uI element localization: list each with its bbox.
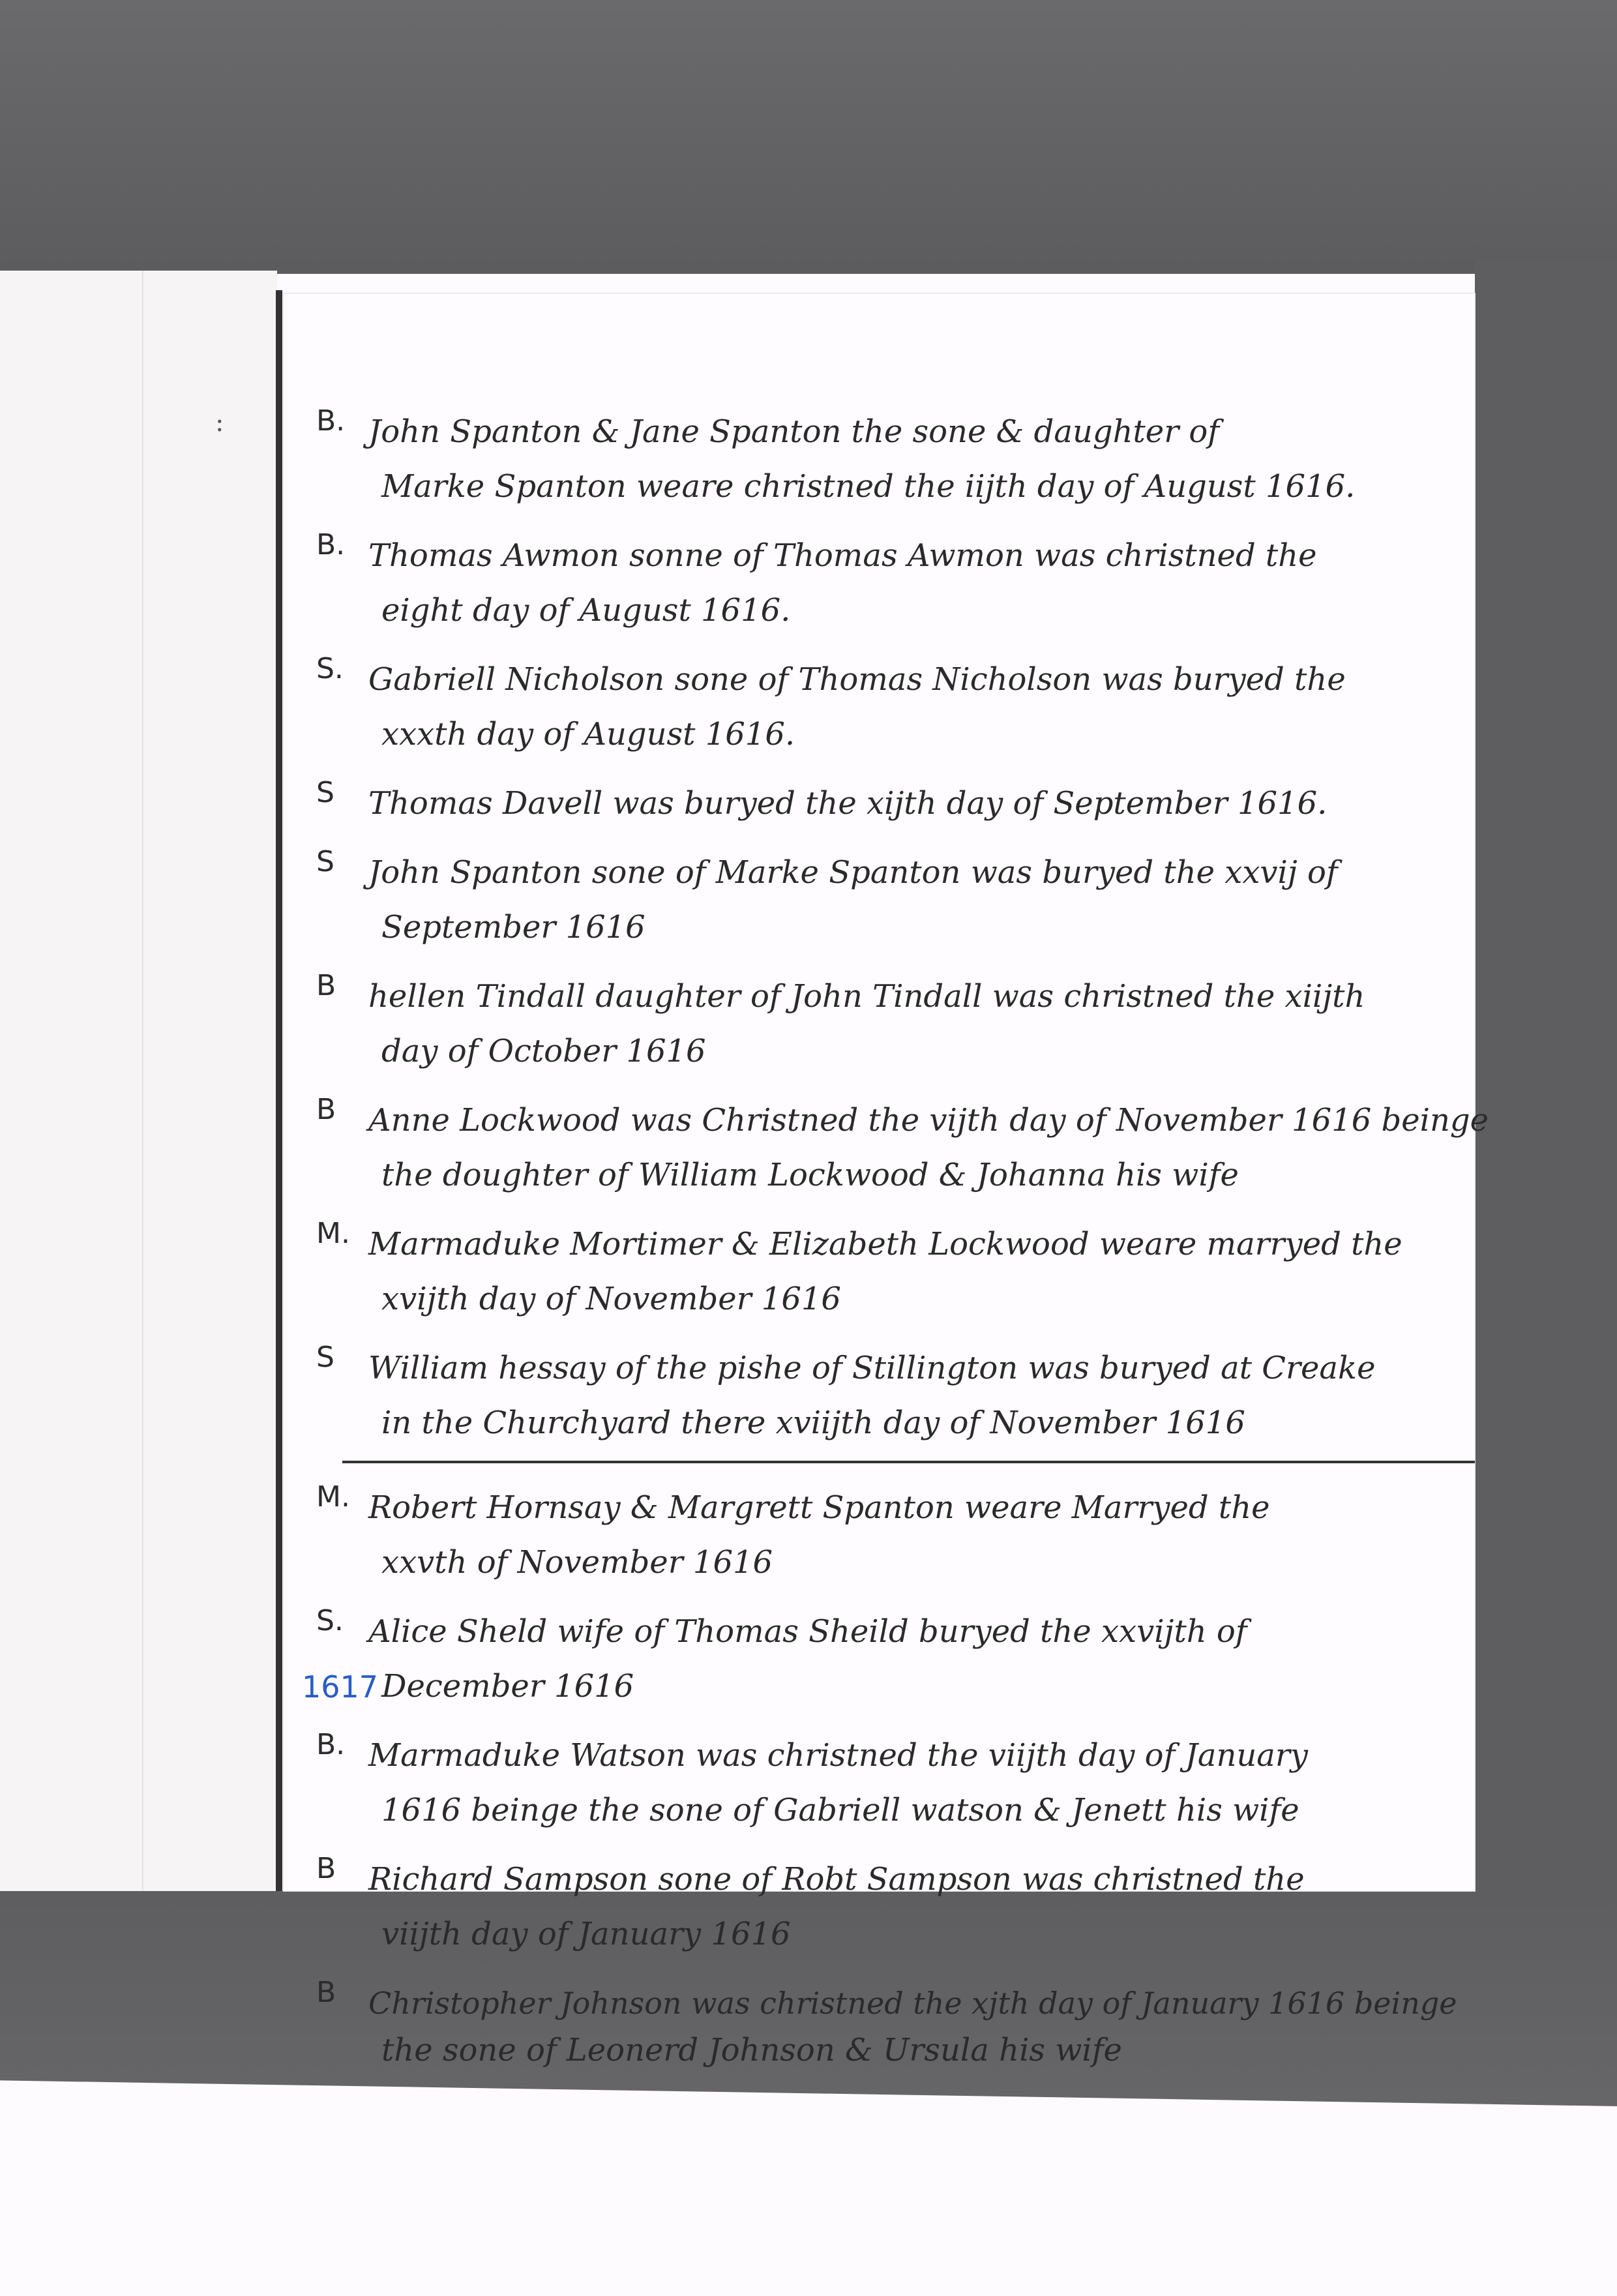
entry-type-code: M.	[316, 1480, 355, 1513]
register-entry: M. Marmaduke Mortimer & Elizabeth Lockwo…	[316, 1217, 1462, 1326]
register-entry: M. Robert Hornsay & Margrett Spanton wea…	[316, 1480, 1462, 1590]
scan-speck: :	[215, 408, 224, 438]
entry-line: Thomas Davell was buryed the xijth day o…	[316, 776, 1462, 831]
register-entry: S. Alice Sheld wife of Thomas Sheild bur…	[316, 1604, 1462, 1714]
entry-type-code: M.	[316, 1217, 355, 1250]
entry-line: in the Churchyard there xviijth day of N…	[316, 1395, 1462, 1450]
entry-line: Richard Sampson sone of Robt Sampson was…	[316, 1852, 1462, 1907]
register-entry: B Richard Sampson sone of Robt Sampson w…	[316, 1852, 1462, 1961]
ruled-line	[142, 271, 143, 1914]
entry-type-code: B	[316, 1852, 355, 1885]
register-entry: B. Thomas Awmon sonne of Thomas Awmon wa…	[316, 528, 1462, 638]
entry-line: xxxth day of August 1616.	[316, 707, 1462, 762]
entry-type-code: B.	[316, 528, 355, 561]
facing-page-edge: :	[0, 271, 277, 1914]
entry-type-code: S	[316, 845, 355, 878]
entry-line: xxvth of November 1616	[316, 1535, 1462, 1590]
register-entry: B Christopher Johnson was christned the …	[316, 1976, 1462, 2070]
entry-type-code: S	[316, 1341, 355, 1374]
entry-line: John Spanton & Jane Spanton the sone & d…	[316, 404, 1462, 459]
entry-line: eight day of August 1616.	[316, 583, 1462, 638]
register-entry: B hellen Tindall daughter of John Tindal…	[316, 969, 1462, 1079]
entry-line: Alice Sheld wife of Thomas Sheild buryed…	[316, 1604, 1462, 1659]
entry-line: William hessay of the pishe of Stillingt…	[316, 1341, 1462, 1395]
entry-type-code: S	[316, 776, 355, 809]
entry-line: December 1616	[316, 1659, 1462, 1714]
margin-year-annotation: 1617	[302, 1669, 378, 1705]
entry-line: the sone of Leonerd Johnson & Ursula his…	[316, 2031, 1462, 2070]
entry-type-code: B.	[316, 404, 355, 438]
entry-line: Marke Spanton weare christned the iijth …	[316, 459, 1462, 514]
entry-line: Christopher Johnson was christned the xj…	[316, 1976, 1462, 2031]
entry-type-code: B.	[316, 1728, 355, 1761]
register-entry: B Anne Lockwood was Christned the vijth …	[316, 1093, 1462, 1202]
register-entry: S. Gabriell Nicholson sone of Thomas Nic…	[316, 652, 1462, 762]
register-entry: S Thomas Davell was buryed the xijth day…	[316, 776, 1462, 831]
entry-line: 1616 beinge the sone of Gabriell watson …	[316, 1783, 1462, 1838]
entry-line: Anne Lockwood was Christned the vijth da…	[316, 1093, 1462, 1148]
entry-line: September 1616	[316, 900, 1462, 955]
entry-line: hellen Tindall daughter of John Tindall …	[316, 969, 1462, 1024]
entry-line: viijth day of January 1616	[316, 1907, 1462, 1961]
scan-background-right	[1475, 261, 1617, 1917]
entry-line: day of October 1616	[316, 1024, 1462, 1079]
register-entries: B. John Spanton & Jane Spanton the sone …	[316, 404, 1462, 2084]
entry-line: xvijth day of November 1616	[316, 1272, 1462, 1326]
entry-type-code: S.	[316, 1604, 355, 1637]
scan-background-top	[0, 0, 1617, 274]
entry-line: the doughter of William Lockwood & Johan…	[316, 1148, 1462, 1202]
book-spine-shadow	[276, 290, 282, 1907]
entry-type-code: S.	[316, 652, 355, 685]
entry-line: Gabriell Nicholson sone of Thomas Nichol…	[316, 652, 1462, 707]
entry-line: Marmaduke Watson was christned the viijt…	[316, 1728, 1462, 1783]
entry-line: Robert Hornsay & Margrett Spanton weare …	[316, 1480, 1462, 1535]
entry-type-code: B	[316, 969, 355, 1002]
entry-type-code: B	[316, 1093, 355, 1126]
register-entry: B. John Spanton & Jane Spanton the sone …	[316, 404, 1462, 514]
entry-line: Marmaduke Mortimer & Elizabeth Lockwood …	[316, 1217, 1462, 1272]
register-entry: S William hessay of the pishe of Stillin…	[316, 1341, 1462, 1450]
entry-line: Thomas Awmon sonne of Thomas Awmon was c…	[316, 528, 1462, 583]
register-entry: S John Spanton sone of Marke Spanton was…	[316, 845, 1462, 955]
register-entry: B. Marmaduke Watson was christned the vi…	[316, 1728, 1462, 1838]
entry-line: John Spanton sone of Marke Spanton was b…	[316, 845, 1462, 900]
entry-type-code: B	[316, 1976, 355, 2009]
section-divider-rule	[342, 1461, 1475, 1463]
scanner-bed	[0, 2106, 1617, 2296]
register-page: B. John Spanton & Jane Spanton the sone …	[284, 293, 1475, 1891]
